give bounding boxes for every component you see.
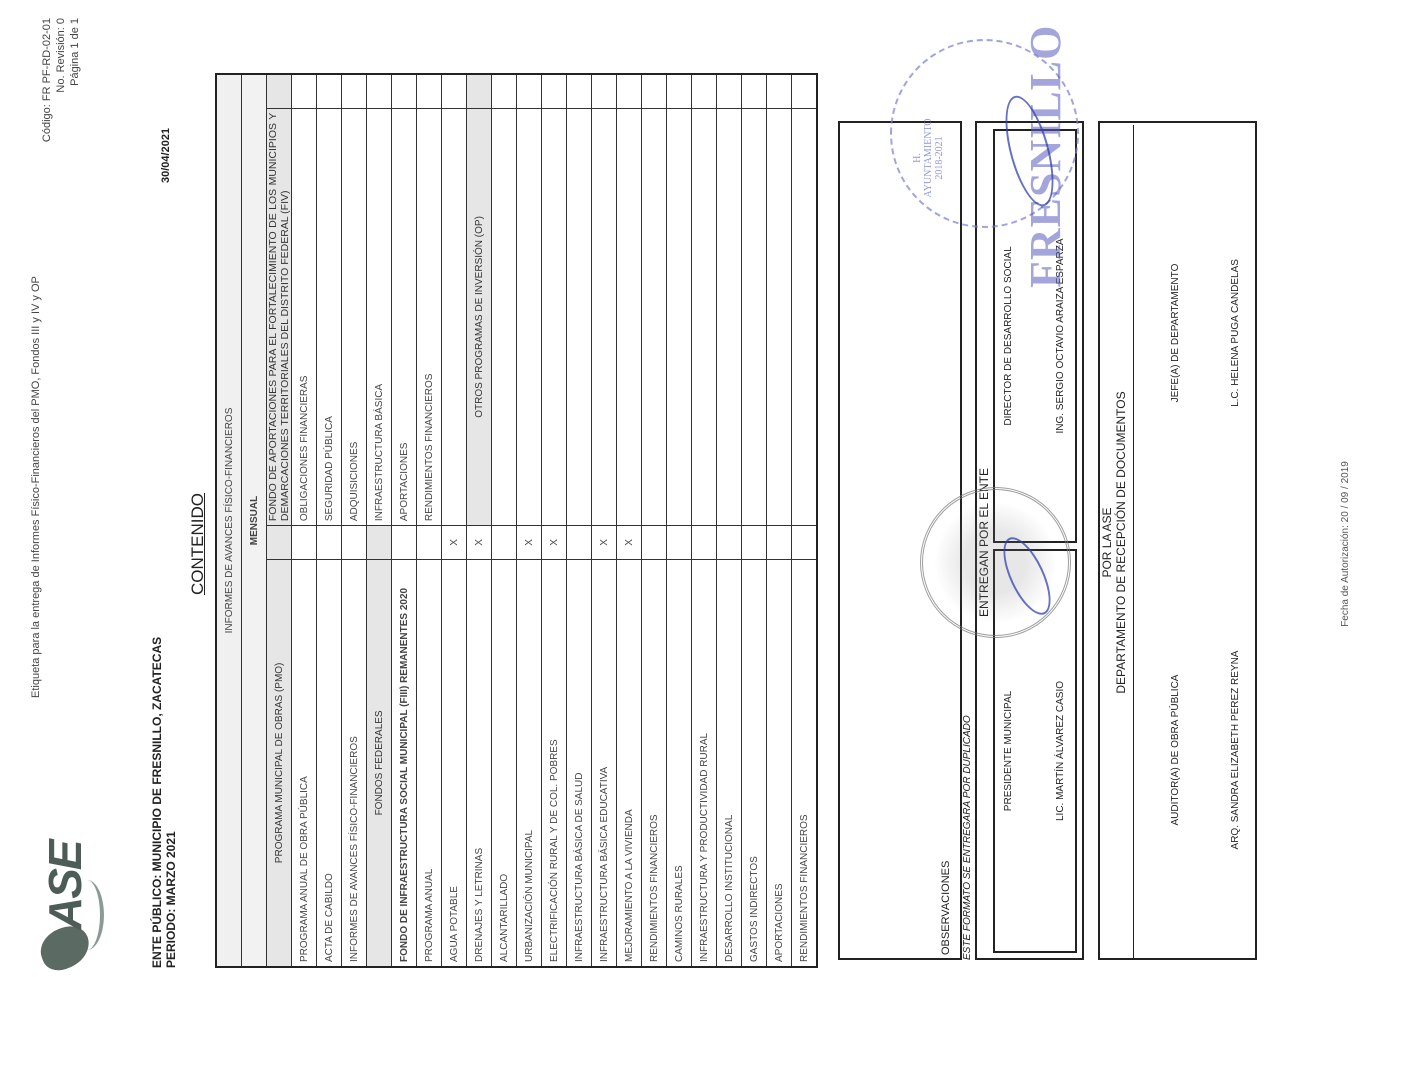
left-item-label: DESARROLLO INSTITUCIONAL	[717, 559, 742, 967]
left-item-checkbox[interactable]	[792, 526, 818, 560]
table-row: CAMINOS RURALES	[667, 74, 692, 967]
right-item-label	[767, 108, 792, 525]
right-item-label	[742, 108, 767, 525]
left-item-checkbox[interactable]	[492, 526, 517, 560]
right-item-label	[642, 108, 667, 525]
authorization-date: Fecha de Autorización: 20 / 09 / 2019	[1340, 0, 1351, 1088]
ase-logo-text: ASE	[38, 841, 92, 930]
left-item-checkbox[interactable]	[417, 526, 442, 560]
ase-signer-role: AUDITOR(A) DE OBRA PÚBLICA	[1170, 540, 1181, 960]
reports-table: INFORMES DE AVANCES FÍSICO-FINANCIEROS M…	[215, 73, 818, 968]
table-row: RENDIMIENTOS FINANCIEROS	[642, 74, 667, 967]
right-item-label	[592, 108, 617, 525]
left-item-checkbox[interactable]: X	[542, 526, 567, 560]
left-item-label: MEJORAMIENTO A LA VIVIENDA	[617, 559, 642, 967]
table-row: PROGRAMA MUNICIPAL DE OBRAS (PMO)FONDO D…	[267, 74, 292, 967]
ase-logo: ASE	[30, 858, 110, 968]
left-item-checkbox[interactable]: X	[442, 526, 467, 560]
right-item-label	[717, 108, 742, 525]
left-item-checkbox[interactable]: X	[617, 526, 642, 560]
table-row: DESARROLLO INSTITUCIONAL	[717, 74, 742, 967]
right-item-checkbox[interactable]	[717, 74, 742, 108]
left-item-checkbox[interactable]	[717, 526, 742, 560]
left-item-label: PROGRAMA ANUAL	[417, 559, 442, 967]
right-item-checkbox[interactable]	[642, 74, 667, 108]
right-item-checkbox[interactable]	[592, 74, 617, 108]
table-row: FONDOS FEDERALESINFRAESTRUCTURA BÁSICA	[367, 74, 392, 967]
right-item-checkbox[interactable]	[617, 74, 642, 108]
right-item-checkbox[interactable]	[567, 74, 592, 108]
table-row: DRENAJES Y LETRINASXOTROS PROGRAMAS DE I…	[467, 74, 492, 967]
left-item-checkbox[interactable]	[392, 526, 417, 560]
table-row: GASTOS INDIRECTOS	[742, 74, 767, 967]
table-row: MEJORAMIENTO A LA VIVIENDAX	[617, 74, 642, 967]
left-item-label: FONDO DE INFRAESTRUCTURA SOCIAL MUNICIPA…	[392, 559, 417, 967]
table-row: INFORMES DE AVANCES FÍSICO-FINANCIEROSAD…	[342, 74, 367, 967]
frequency-label: MENSUAL	[242, 74, 267, 967]
table-row: INFRAESTRUCTURA Y PRODUCTIVIDAD RURAL	[692, 74, 717, 967]
left-item-checkbox[interactable]	[742, 526, 767, 560]
right-item-checkbox[interactable]	[692, 74, 717, 108]
form-label: Etiqueta para la entrega de Informes Fís…	[30, 276, 42, 698]
right-item-label	[492, 108, 517, 525]
left-item-checkbox[interactable]: X	[467, 526, 492, 560]
form-code-block: Código: FR PF-RD-02-01 No. Revisión: 0 P…	[40, 18, 82, 188]
left-item-label: CAMINOS RURALES	[667, 559, 692, 967]
right-item-label: OTROS PROGRAMAS DE INVERSIÓN (OP)	[467, 108, 492, 525]
left-item-label: ALCANTARILLADO	[492, 559, 517, 967]
left-item-label: INFRAESTRUCTURA BÁSICA DE SALUD	[567, 559, 592, 967]
left-item-label: APORTACIONES	[767, 559, 792, 967]
table-row: FONDO DE INFRAESTRUCTURA SOCIAL MUNICIPA…	[392, 74, 417, 967]
left-item-checkbox[interactable]	[267, 526, 292, 560]
table-title: INFORMES DE AVANCES FÍSICO-FINANCIEROS	[216, 74, 242, 967]
right-item-label	[667, 108, 692, 525]
left-item-checkbox[interactable]	[667, 526, 692, 560]
left-item-checkbox[interactable]	[767, 526, 792, 560]
table-row: RENDIMIENTOS FINANCIEROS	[792, 74, 818, 967]
left-item-label: INFORMES DE AVANCES FÍSICO-FINANCIEROS	[342, 559, 367, 967]
left-item-checkbox[interactable]	[342, 526, 367, 560]
left-item-checkbox[interactable]	[642, 526, 667, 560]
table-row: ELECTRIFICACIÓN RURAL Y DE COL. POBRESX	[542, 74, 567, 967]
ase-signer-name: ARQ. SANDRA ELIZABETH PEREZ REYNA	[1230, 540, 1241, 960]
right-item-checkbox[interactable]	[392, 74, 417, 108]
right-item-checkbox[interactable]	[742, 74, 767, 108]
table-row: INFRAESTRUCTURA BÁSICA EDUCATIVAX	[592, 74, 617, 967]
left-item-checkbox[interactable]	[317, 526, 342, 560]
right-item-checkbox[interactable]	[767, 74, 792, 108]
right-item-label	[617, 108, 642, 525]
right-item-checkbox[interactable]	[542, 74, 567, 108]
right-item-checkbox[interactable]	[317, 74, 342, 108]
contents-heading: CONTENIDO	[188, 0, 208, 1088]
left-item-checkbox[interactable]	[292, 526, 317, 560]
right-item-label	[542, 108, 567, 525]
right-item-checkbox[interactable]	[467, 74, 492, 108]
table-row: AGUA POTABLEX	[442, 74, 467, 967]
right-item-checkbox[interactable]	[517, 74, 542, 108]
right-item-checkbox[interactable]	[492, 74, 517, 108]
left-item-checkbox[interactable]: X	[592, 526, 617, 560]
left-item-checkbox[interactable]	[367, 526, 392, 560]
right-item-checkbox[interactable]	[792, 74, 818, 108]
left-item-label: PROGRAMA ANUAL DE OBRA PÚBLICA	[292, 559, 317, 967]
ase-subtitle: DEPARTAMENTO DE RECEPCIÓN DE DOCUMENTOS	[1114, 125, 1128, 960]
left-item-label: PROGRAMA MUNICIPAL DE OBRAS (PMO)	[267, 559, 292, 967]
dept-stamp-text: H. AYUNTAMIENTO 2018-2021	[912, 118, 945, 198]
form-revision: No. Revisión: 0	[54, 18, 68, 188]
right-item-label: FONDO DE APORTACIONES PARA EL FORTALECIM…	[267, 108, 292, 525]
observations-label: OBSERVACIONES	[940, 861, 952, 955]
ase-divider	[1133, 125, 1134, 960]
right-item-checkbox[interactable]	[267, 74, 292, 108]
right-item-checkbox[interactable]	[442, 74, 467, 108]
left-item-label: GASTOS INDIRECTOS	[742, 559, 767, 967]
left-item-label: ELECTRIFICACIÓN RURAL Y DE COL. POBRES	[542, 559, 567, 967]
ase-signer-role: JEFE(A) DE DEPARTAMENTO	[1170, 123, 1181, 543]
signer-name: LIC. MARTÍN ÁLVAREZ CASIO	[1055, 551, 1066, 951]
duplicate-note: ESTE FORMATO SE ENTREGARÁ POR DUPLICADO	[962, 715, 973, 960]
document-page: ASE Etiqueta para la entrega de Informes…	[0, 0, 1408, 1088]
right-item-label: APORTACIONES	[392, 108, 417, 525]
left-item-label: RENDIMIENTOS FINANCIEROS	[792, 559, 818, 967]
right-item-label	[517, 108, 542, 525]
right-item-checkbox[interactable]	[367, 74, 392, 108]
table-row: PROGRAMA ANUAL DE OBRA PÚBLICAOBLIGACION…	[292, 74, 317, 967]
table-row: URBANIZACIÓN MUNICIPALX	[517, 74, 542, 967]
stamp-line: H. AYUNTAMIENTO	[912, 118, 934, 198]
delivery-date: 30/04/2021	[160, 128, 172, 183]
right-item-label: ADQUISICIONES	[342, 108, 367, 525]
left-item-label: URBANIZACIÓN MUNICIPAL	[517, 559, 542, 967]
right-item-label: RENDIMIENTOS FINANCIEROS	[417, 108, 442, 525]
table-row: INFRAESTRUCTURA BÁSICA DE SALUD	[567, 74, 592, 967]
stamp-line: 2018-2021	[934, 118, 945, 198]
left-item-label: ACTA DE CABILDO	[317, 559, 342, 967]
right-item-label	[442, 108, 467, 525]
ase-signer-name: L.C. HELENA PUGA CANDELAS	[1230, 123, 1241, 543]
municipal-seal-stamp	[920, 487, 1071, 638]
table-row: PROGRAMA ANUALRENDIMIENTOS FINANCIEROS	[417, 74, 442, 967]
entity-name: ENTE PÚBLICO: MUNICIPIO DE FRESNILLO, ZA…	[150, 637, 164, 968]
form-code: Código: FR PF-RD-02-01	[40, 18, 54, 188]
right-item-checkbox[interactable]	[667, 74, 692, 108]
right-item-label: SEGURIDAD PÚBLICA	[317, 108, 342, 525]
right-item-checkbox[interactable]	[417, 74, 442, 108]
ase-title: POR LA ASE	[1100, 125, 1114, 960]
left-item-checkbox[interactable]: X	[517, 526, 542, 560]
table-row: ACTA DE CABILDOSEGURIDAD PÚBLICA	[317, 74, 342, 967]
period: PERIODO: MARZO 2021	[164, 637, 178, 968]
right-item-checkbox[interactable]	[342, 74, 367, 108]
right-item-label: OBLIGACIONES FINANCIERAS	[292, 108, 317, 525]
right-item-checkbox[interactable]	[292, 74, 317, 108]
left-item-label: AGUA POTABLE	[442, 559, 467, 967]
left-item-checkbox[interactable]	[692, 526, 717, 560]
left-item-label: INFRAESTRUCTURA Y PRODUCTIVIDAD RURAL	[692, 559, 717, 967]
right-item-label	[792, 108, 818, 525]
left-item-label: RENDIMIENTOS FINANCIEROS	[642, 559, 667, 967]
right-item-label: INFRAESTRUCTURA BÁSICA	[367, 108, 392, 525]
left-item-label: FONDOS FEDERALES	[367, 559, 392, 967]
right-item-label	[567, 108, 592, 525]
left-item-label: DRENAJES Y LETRINAS	[467, 559, 492, 967]
left-item-label: INFRAESTRUCTURA BÁSICA EDUCATIVA	[592, 559, 617, 967]
table-row: APORTACIONES	[767, 74, 792, 967]
table-row: ALCANTARILLADO	[492, 74, 517, 967]
form-page: Página 1 de 1	[68, 18, 82, 188]
ase-signatures-title: POR LA ASE DEPARTAMENTO DE RECEPCIÓN DE …	[1100, 125, 1128, 960]
entity-block: ENTE PÚBLICO: MUNICIPIO DE FRESNILLO, ZA…	[150, 637, 178, 968]
right-item-label	[692, 108, 717, 525]
left-item-checkbox[interactable]	[567, 526, 592, 560]
